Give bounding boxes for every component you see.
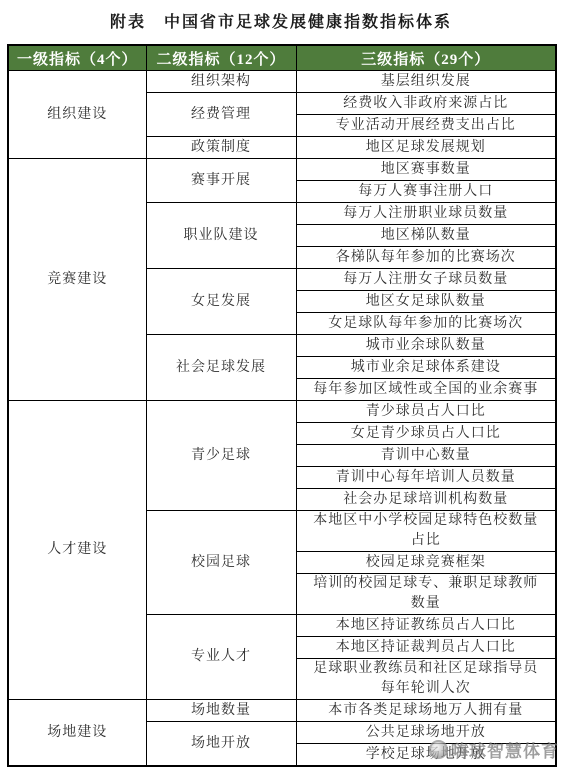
level3-indicator-cell: 青少球员占人口比 <box>296 401 556 423</box>
level3-indicator-cell: 地区赛事数量 <box>296 159 556 181</box>
level2-indicator-cell: 组织架构 <box>146 71 296 93</box>
level3-indicator-cell: 城市业余足球体系建设 <box>296 357 556 379</box>
watermark: 嗨球智慧体育 <box>429 737 559 762</box>
level1-indicator-cell: 场地建设 <box>8 700 146 767</box>
level3-indicator-cell: 本地区中小学校园足球特色校数量 占比 <box>296 511 556 552</box>
level3-indicator-cell: 每万人注册女子球员数量 <box>296 269 556 291</box>
col-header-level1: 一级指标（4个） <box>8 45 146 71</box>
level2-indicator-cell: 政策制度 <box>146 137 296 159</box>
level2-indicator-cell: 专业人才 <box>146 615 296 700</box>
level2-indicator-cell: 赛事开展 <box>146 159 296 203</box>
level3-indicator-cell: 女足球队每年参加的比赛场次 <box>296 313 556 335</box>
level1-indicator-cell: 人才建设 <box>8 401 146 700</box>
level2-indicator-cell: 青少足球 <box>146 401 296 511</box>
level3-indicator-cell: 城市业余球队数量 <box>296 335 556 357</box>
watermark-text: 嗨球智慧体育 <box>451 737 559 762</box>
page-title: 附表 中国省市足球发展健康指数指标体系 <box>0 9 562 32</box>
table-row: 竞赛建设赛事开展地区赛事数量 <box>8 159 556 181</box>
level3-indicator-cell: 校园足球竞赛框架 <box>296 552 556 574</box>
level2-indicator-cell: 女足发展 <box>146 269 296 335</box>
level3-indicator-cell: 本地区持证教练员占人口比 <box>296 615 556 637</box>
level3-indicator-cell: 本市各类足球场地万人拥有量 <box>296 700 556 722</box>
level2-indicator-cell: 经费管理 <box>146 93 296 137</box>
level3-indicator-cell: 足球职业教练员和社区足球指导员 每年轮训人次 <box>296 659 556 700</box>
level1-indicator-cell: 竞赛建设 <box>8 159 146 401</box>
level2-indicator-cell: 场地数量 <box>146 700 296 722</box>
level3-indicator-cell: 地区梯队数量 <box>296 225 556 247</box>
level3-indicator-cell: 基层组织发展 <box>296 71 556 93</box>
table-row: 人才建设青少足球青少球员占人口比 <box>8 401 556 423</box>
table-row: 场地建设场地数量本市各类足球场地万人拥有量 <box>8 700 556 722</box>
level3-indicator-cell: 培训的校园足球专、兼职足球教师 数量 <box>296 574 556 615</box>
table-row: 组织建设组织架构基层组织发展 <box>8 71 556 93</box>
level1-indicator-cell: 组织建设 <box>8 71 146 159</box>
level2-indicator-cell: 校园足球 <box>146 511 296 615</box>
level3-indicator-cell: 青训中心数量 <box>296 445 556 467</box>
level3-indicator-cell: 社会办足球培训机构数量 <box>296 489 556 511</box>
level3-indicator-cell: 女足青少球员占人口比 <box>296 423 556 445</box>
col-header-level2: 二级指标（12个） <box>146 45 296 71</box>
col-header-level3: 三级指标（29个） <box>296 45 556 71</box>
level3-indicator-cell: 每万人注册职业球员数量 <box>296 203 556 225</box>
level3-indicator-cell: 本地区持证裁判员占人口比 <box>296 637 556 659</box>
level3-indicator-cell: 地区足球发展规划 <box>296 137 556 159</box>
level3-indicator-cell: 地区女足球队数量 <box>296 291 556 313</box>
indicator-table: 一级指标（4个） 二级指标（12个） 三级指标（29个） 组织建设组织架构基层组… <box>7 44 557 767</box>
table-header-row: 一级指标（4个） 二级指标（12个） 三级指标（29个） <box>8 45 556 71</box>
level2-indicator-cell: 职业队建设 <box>146 203 296 269</box>
level3-indicator-cell: 各梯队每年参加的比赛场次 <box>296 247 556 269</box>
level3-indicator-cell: 专业活动开展经费支出占比 <box>296 115 556 137</box>
level3-indicator-cell: 每年参加区域性或全国的业余赛事 <box>296 379 556 401</box>
level3-indicator-cell: 经费收入非政府来源占比 <box>296 93 556 115</box>
level3-indicator-cell: 每万人赛事注册人口 <box>296 181 556 203</box>
level2-indicator-cell: 社会足球发展 <box>146 335 296 401</box>
level2-indicator-cell: 场地开放 <box>146 722 296 767</box>
ball-logo-icon <box>429 740 448 759</box>
level3-indicator-cell: 青训中心每年培训人员数量 <box>296 467 556 489</box>
